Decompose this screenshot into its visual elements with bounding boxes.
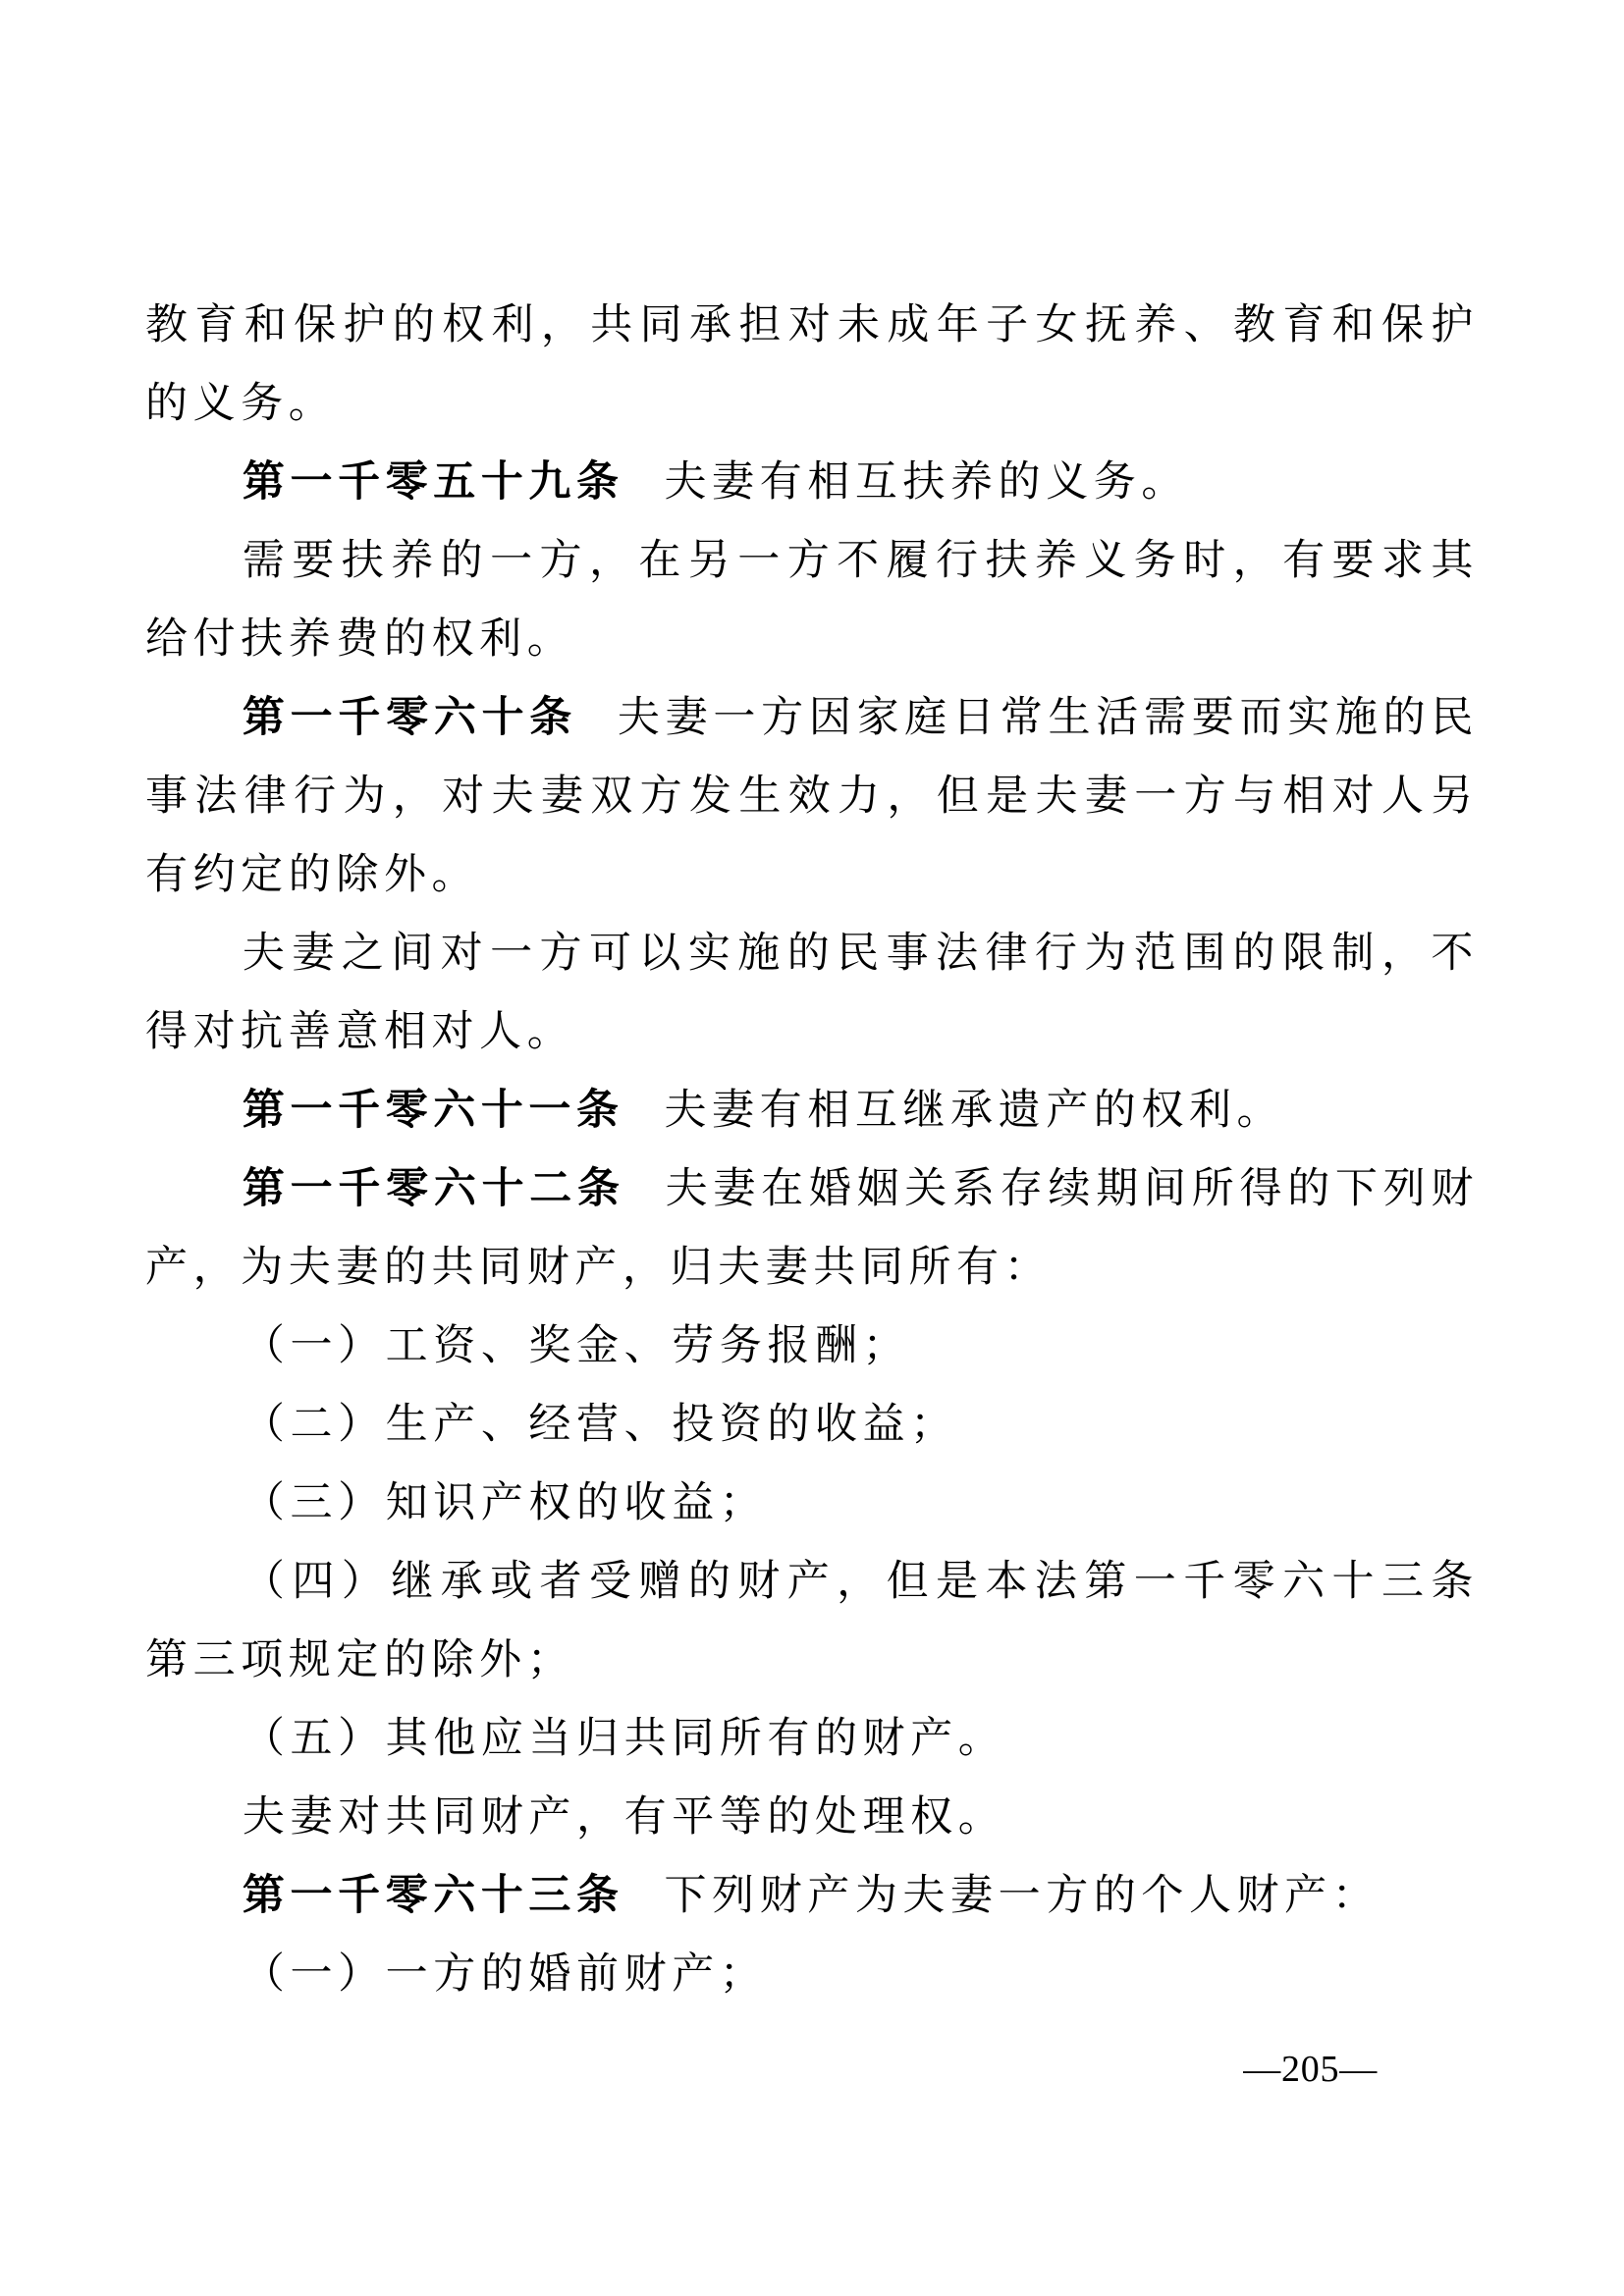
- paragraph: 第一千零五十九条夫妻有相互扶养的义务。: [145, 444, 1479, 522]
- paragraph: （一）工资、奖金、劳务报酬；: [145, 1308, 1479, 1386]
- paragraph: 教育和保护的权利，共同承担对未成年子女抚养、教育和保护的义务。: [145, 287, 1479, 444]
- article-number: 第一千零六十二条: [243, 1166, 625, 1212]
- paragraph: （二）生产、经营、投资的收益；: [145, 1386, 1479, 1465]
- document-page: 教育和保护的权利，共同承担对未成年子女抚养、教育和保护的义务。 第一千零五十九条…: [0, 0, 1624, 2296]
- paragraph-text: 夫妻之间对一方可以实施的民事法律行为范围的限制，不得对抗善意相对人。: [145, 931, 1479, 1055]
- paragraph: 需要扶养的一方，在另一方不履行扶养义务时，有要求其给付扶养费的权利。: [145, 522, 1479, 679]
- paragraph-text: 需要扶养的一方，在另一方不履行扶养义务时，有要求其给付扶养费的权利。: [145, 538, 1479, 663]
- paragraph-text: 夫妻对共同财产，有平等的处理权。: [243, 1794, 1005, 1841]
- article-number: 第一千零六十条: [243, 695, 577, 741]
- page-number: —205—: [1243, 2048, 1378, 2091]
- paragraph-text: （一）工资、奖金、劳务报酬；: [243, 1323, 910, 1369]
- paragraph: 第一千零六十一条夫妻有相互继承遗产的权利。: [145, 1072, 1479, 1150]
- paragraph: 夫妻之间对一方可以实施的民事法律行为范围的限制，不得对抗善意相对人。: [145, 915, 1479, 1072]
- paragraph: （三）知识产权的收益；: [145, 1465, 1479, 1543]
- paragraph-text: 教育和保护的权利，共同承担对未成年子女抚养、教育和保护的义务。: [145, 302, 1479, 427]
- paragraph-text: 夫妻有相互扶养的义务。: [664, 459, 1189, 506]
- paragraph-text: （二）生产、经营、投资的收益；: [243, 1402, 958, 1448]
- paragraph: （一）一方的婚前财产；: [145, 1936, 1479, 2014]
- article-number: 第一千零五十九条: [243, 459, 624, 506]
- paragraph: （四）继承或者受赠的财产，但是本法第一千零六十三条第三项规定的除外；: [145, 1543, 1479, 1700]
- document-body: 教育和保护的权利，共同承担对未成年子女抚养、教育和保护的义务。 第一千零五十九条…: [145, 287, 1479, 2014]
- article-number: 第一千零六十一条: [243, 1088, 624, 1134]
- paragraph: 夫妻对共同财产，有平等的处理权。: [145, 1779, 1479, 1857]
- paragraph-text: （一）一方的婚前财产；: [243, 1951, 768, 1998]
- paragraph-text: （五）其他应当归共同所有的财产。: [243, 1716, 1005, 1762]
- article-number: 第一千零六十三条: [243, 1873, 624, 1919]
- paragraph: 第一千零六十条夫妻一方因家庭日常生活需要而实施的民事法律行为，对夫妻双方发生效力…: [145, 679, 1479, 915]
- paragraph: 第一千零六十三条下列财产为夫妻一方的个人财产：: [145, 1857, 1479, 1936]
- paragraph-text: 夫妻有相互继承遗产的权利。: [664, 1088, 1284, 1134]
- paragraph: 第一千零六十二条夫妻在婚姻关系存续期间所得的下列财产，为夫妻的共同财产，归夫妻共…: [145, 1150, 1479, 1308]
- paragraph-text: （四）继承或者受赠的财产，但是本法第一千零六十三条第三项规定的除外；: [145, 1559, 1479, 1683]
- paragraph-text: （三）知识产权的收益；: [243, 1480, 768, 1526]
- paragraph: （五）其他应当归共同所有的财产。: [145, 1700, 1479, 1779]
- paragraph-text: 下列财产为夫妻一方的个人财产：: [664, 1873, 1380, 1919]
